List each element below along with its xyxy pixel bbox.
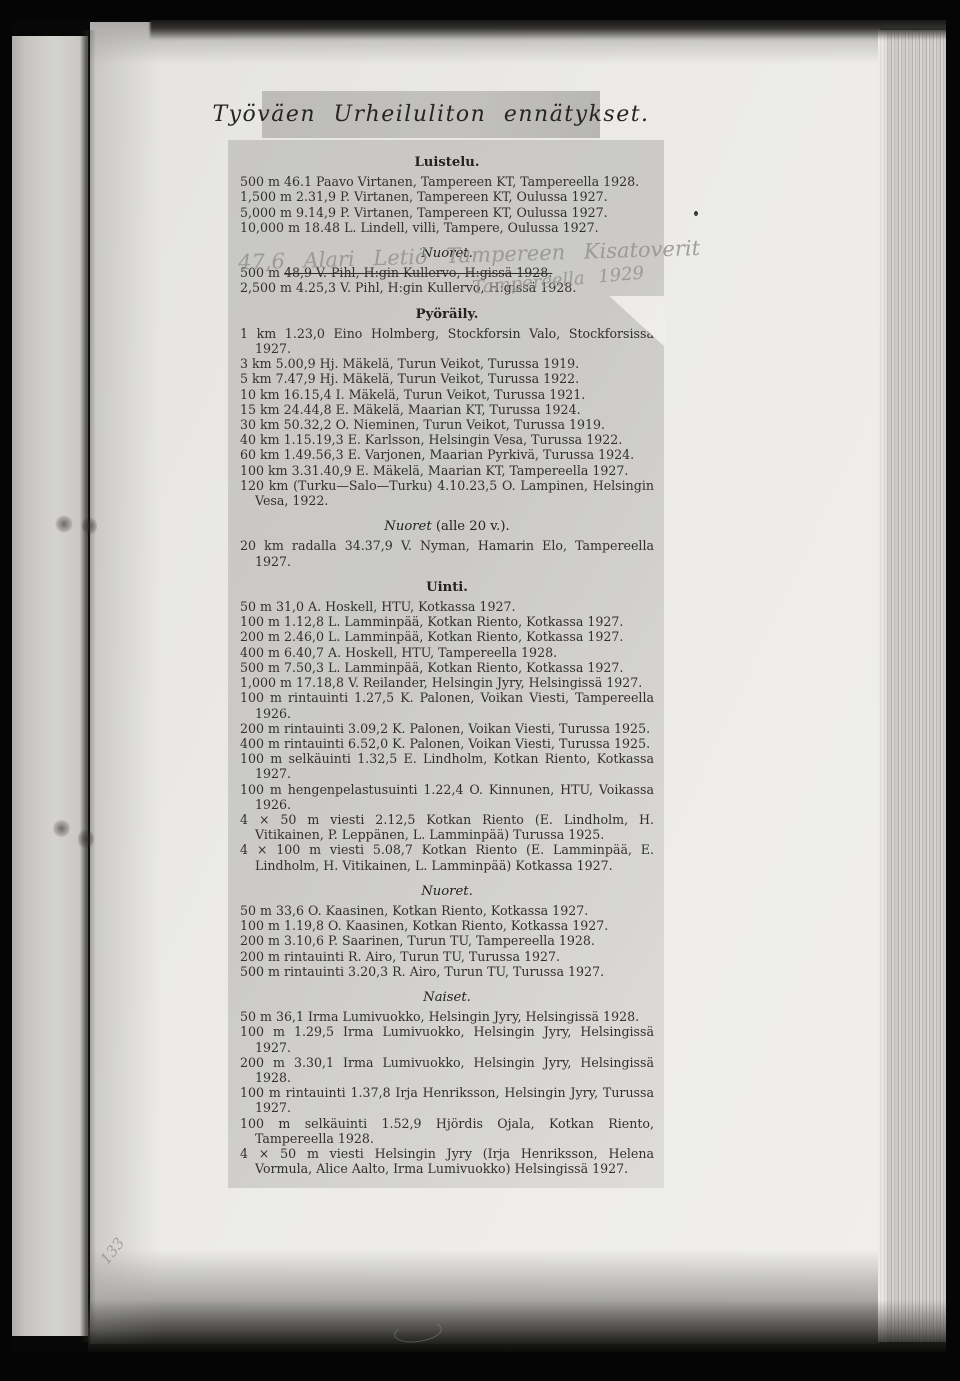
record-line: 5 km 7.47,9 Hj. Mäkelä, Turun Veikot, Tu… — [240, 371, 654, 386]
left-page-edge — [12, 36, 88, 1336]
record-line: 4 × 50 m viesti Helsingin Jyry (Irja Hen… — [240, 1146, 654, 1176]
ink-blot — [55, 515, 73, 533]
heading-italic-part: Nuoret — [384, 519, 431, 534]
section-heading-naiset: Naiset. — [240, 990, 654, 1005]
record-line: 50 m 31,0 A. Hoskell, HTU, Kotkassa 1927… — [240, 599, 654, 614]
record-line: 100 m 1.12,8 L. Lamminpää, Kotkan Riento… — [240, 614, 654, 629]
record-line: 400 m 6.40,7 A. Hoskell, HTU, Tampereell… — [240, 645, 654, 660]
record-line: 200 m rintauinti 3.09,2 K. Palonen, Voik… — [240, 721, 654, 736]
page-bottom-shadow — [88, 1300, 948, 1354]
record-line: 2,500 m 4.25,3 V. Pihl, H:gin Kullervo, … — [240, 280, 654, 295]
section-heading-nuoret-uinti: Nuoret. — [240, 884, 654, 899]
record-line: 100 m 1.29,5 Irma Lumivuokko, Helsingin … — [240, 1024, 654, 1054]
record-line-struck: 500 m 48,9 V. Pihl, H:gin Kullervo, H:gi… — [240, 265, 654, 280]
record-line: 200 m 2.46,0 L. Lamminpää, Kotkan Riento… — [240, 629, 654, 644]
record-line: 3 km 5.00,9 Hj. Mäkelä, Turun Veikot, Tu… — [240, 356, 654, 371]
record-line: 1,000 m 17.18,8 V. Reilander, Helsingin … — [240, 675, 654, 690]
record-line: 40 km 1.15.19,3 E. Karlsson, Helsingin V… — [240, 432, 654, 447]
section-heading-pyoraily: Pyöräily. — [240, 307, 654, 322]
record-line: 200 m 3.10,6 P. Saarinen, Turun TU, Tamp… — [240, 933, 654, 948]
record-line: 100 m 1.19,8 O. Kaasinen, Kotkan Riento,… — [240, 918, 654, 933]
photo-border-bottom — [0, 1352, 960, 1381]
heading-plain-part: (alle 20 v.). — [432, 519, 510, 534]
photo-border-top — [0, 0, 960, 20]
record-line: 4 × 50 m viesti 2.12,5 Kotkan Riento (E.… — [240, 812, 654, 842]
section-luistelu-nuoret: Nuoret. 500 m 48,9 V. Pihl, H:gin Kuller… — [240, 246, 654, 296]
photo-border-left — [0, 0, 12, 1381]
photo-border-right — [946, 0, 960, 1381]
page-title: Työväen Urheiluliton ennätykset. — [212, 102, 649, 127]
fore-edge-pages — [878, 30, 946, 1342]
record-line: 100 m rintauinti 1.37,8 Irja Henriksson,… — [240, 1085, 654, 1115]
gutter-shadow — [80, 30, 96, 1342]
ink-blot — [78, 828, 94, 850]
section-heading-uinti: Uinti. — [240, 580, 654, 595]
record-line: 500 m 46.1 Paavo Virtanen, Tampereen KT,… — [240, 174, 654, 189]
record-line: 30 km 50.32,2 O. Nieminen, Turun Veikot,… — [240, 417, 654, 432]
record-line: 1 km 1.23,0 Eino Holmberg, Stockforsin V… — [240, 326, 654, 356]
record-line: 5,000 m 9.14,9 P. Virtanen, Tampereen KT… — [240, 205, 654, 220]
strikethrough-text: 48,9 V. Pihl, H:gin Kullervo, H:gissä 19… — [284, 265, 552, 280]
record-line: 15 km 24.44,8 E. Mäkelä, Maarian KT, Tur… — [240, 402, 654, 417]
record-line: 120 km (Turku—Salo—Turku) 4.10.23,5 O. L… — [240, 478, 654, 508]
section-uinti-nuoret: Nuoret. 50 m 33,6 O. Kaasinen, Kotkan Ri… — [240, 884, 654, 979]
record-line: 100 m selkäuinti 1.32,5 E. Lindholm, Kot… — [240, 751, 654, 781]
record-line: 50 m 33,6 O. Kaasinen, Kotkan Riento, Ko… — [240, 903, 654, 918]
section-luistelu: Luistelu. 500 m 46.1 Paavo Virtanen, Tam… — [240, 155, 654, 235]
page-top-shadow — [150, 18, 950, 40]
record-line: 1,500 m 2.31,9 P. Virtanen, Tampereen KT… — [240, 189, 654, 204]
section-pyoraily: Pyöräily. 1 km 1.23,0 Eino Holmberg, Sto… — [240, 307, 654, 509]
record-line: 10 km 16.15,4 I. Mäkelä, Turun Veikot, T… — [240, 387, 654, 402]
record-line: 100 m hengenpelastusuinti 1.22,4 O. Kinn… — [240, 782, 654, 812]
record-line: 100 km 3.31.40,9 E. Mäkelä, Maarian KT, … — [240, 463, 654, 478]
ink-speck — [694, 211, 698, 216]
section-heading-nuoret-pyoraily: Nuoret (alle 20 v.). — [240, 519, 654, 534]
record-line: 500 m rintauinti 3.20,3 R. Airo, Turun T… — [240, 964, 654, 979]
record-line: 4 × 100 m viesti 5.08,7 Kotkan Riento (E… — [240, 842, 654, 872]
record-line: 200 m 3.30,1 Irma Lumivuokko, Helsingin … — [240, 1055, 654, 1085]
ink-blot — [52, 820, 71, 837]
record-line: 10,000 m 18.48 L. Lindell, villi, Tamper… — [240, 220, 654, 235]
records-clipping: Luistelu. 500 m 46.1 Paavo Virtanen, Tam… — [228, 140, 664, 1188]
ink-blot — [82, 516, 97, 536]
record-line: 100 m rintauinti 1.27,5 K. Palonen, Voik… — [240, 690, 654, 720]
record-prefix: 500 m — [240, 265, 284, 280]
record-line: 500 m 7.50,3 L. Lamminpää, Kotkan Riento… — [240, 660, 654, 675]
record-line: 100 m selkäuinti 1.52,9 Hjördis Ojala, K… — [240, 1116, 654, 1146]
record-line: 400 m rintauinti 6.52,0 K. Palonen, Voik… — [240, 736, 654, 751]
record-line: 50 m 36,1 Irma Lumivuokko, Helsingin Jyr… — [240, 1009, 654, 1024]
section-pyoraily-nuoret: Nuoret (alle 20 v.). 20 km radalla 34.37… — [240, 519, 654, 569]
section-heading-luistelu: Luistelu. — [240, 155, 654, 170]
record-line: 20 km radalla 34.37,9 V. Nyman, Hamarin … — [240, 538, 654, 568]
title-clipping: Työväen Urheiluliton ennätykset. — [262, 91, 600, 138]
record-line: 60 km 1.49.56,3 E. Varjonen, Maarian Pyr… — [240, 447, 654, 462]
section-uinti-naiset: Naiset. 50 m 36,1 Irma Lumivuokko, Helsi… — [240, 990, 654, 1176]
section-heading-nuoret-luistelu: Nuoret. — [240, 246, 654, 261]
record-line: 200 m rintauinti R. Airo, Turun TU, Turu… — [240, 949, 654, 964]
section-uinti: Uinti. 50 m 31,0 A. Hoskell, HTU, Kotkas… — [240, 580, 654, 873]
